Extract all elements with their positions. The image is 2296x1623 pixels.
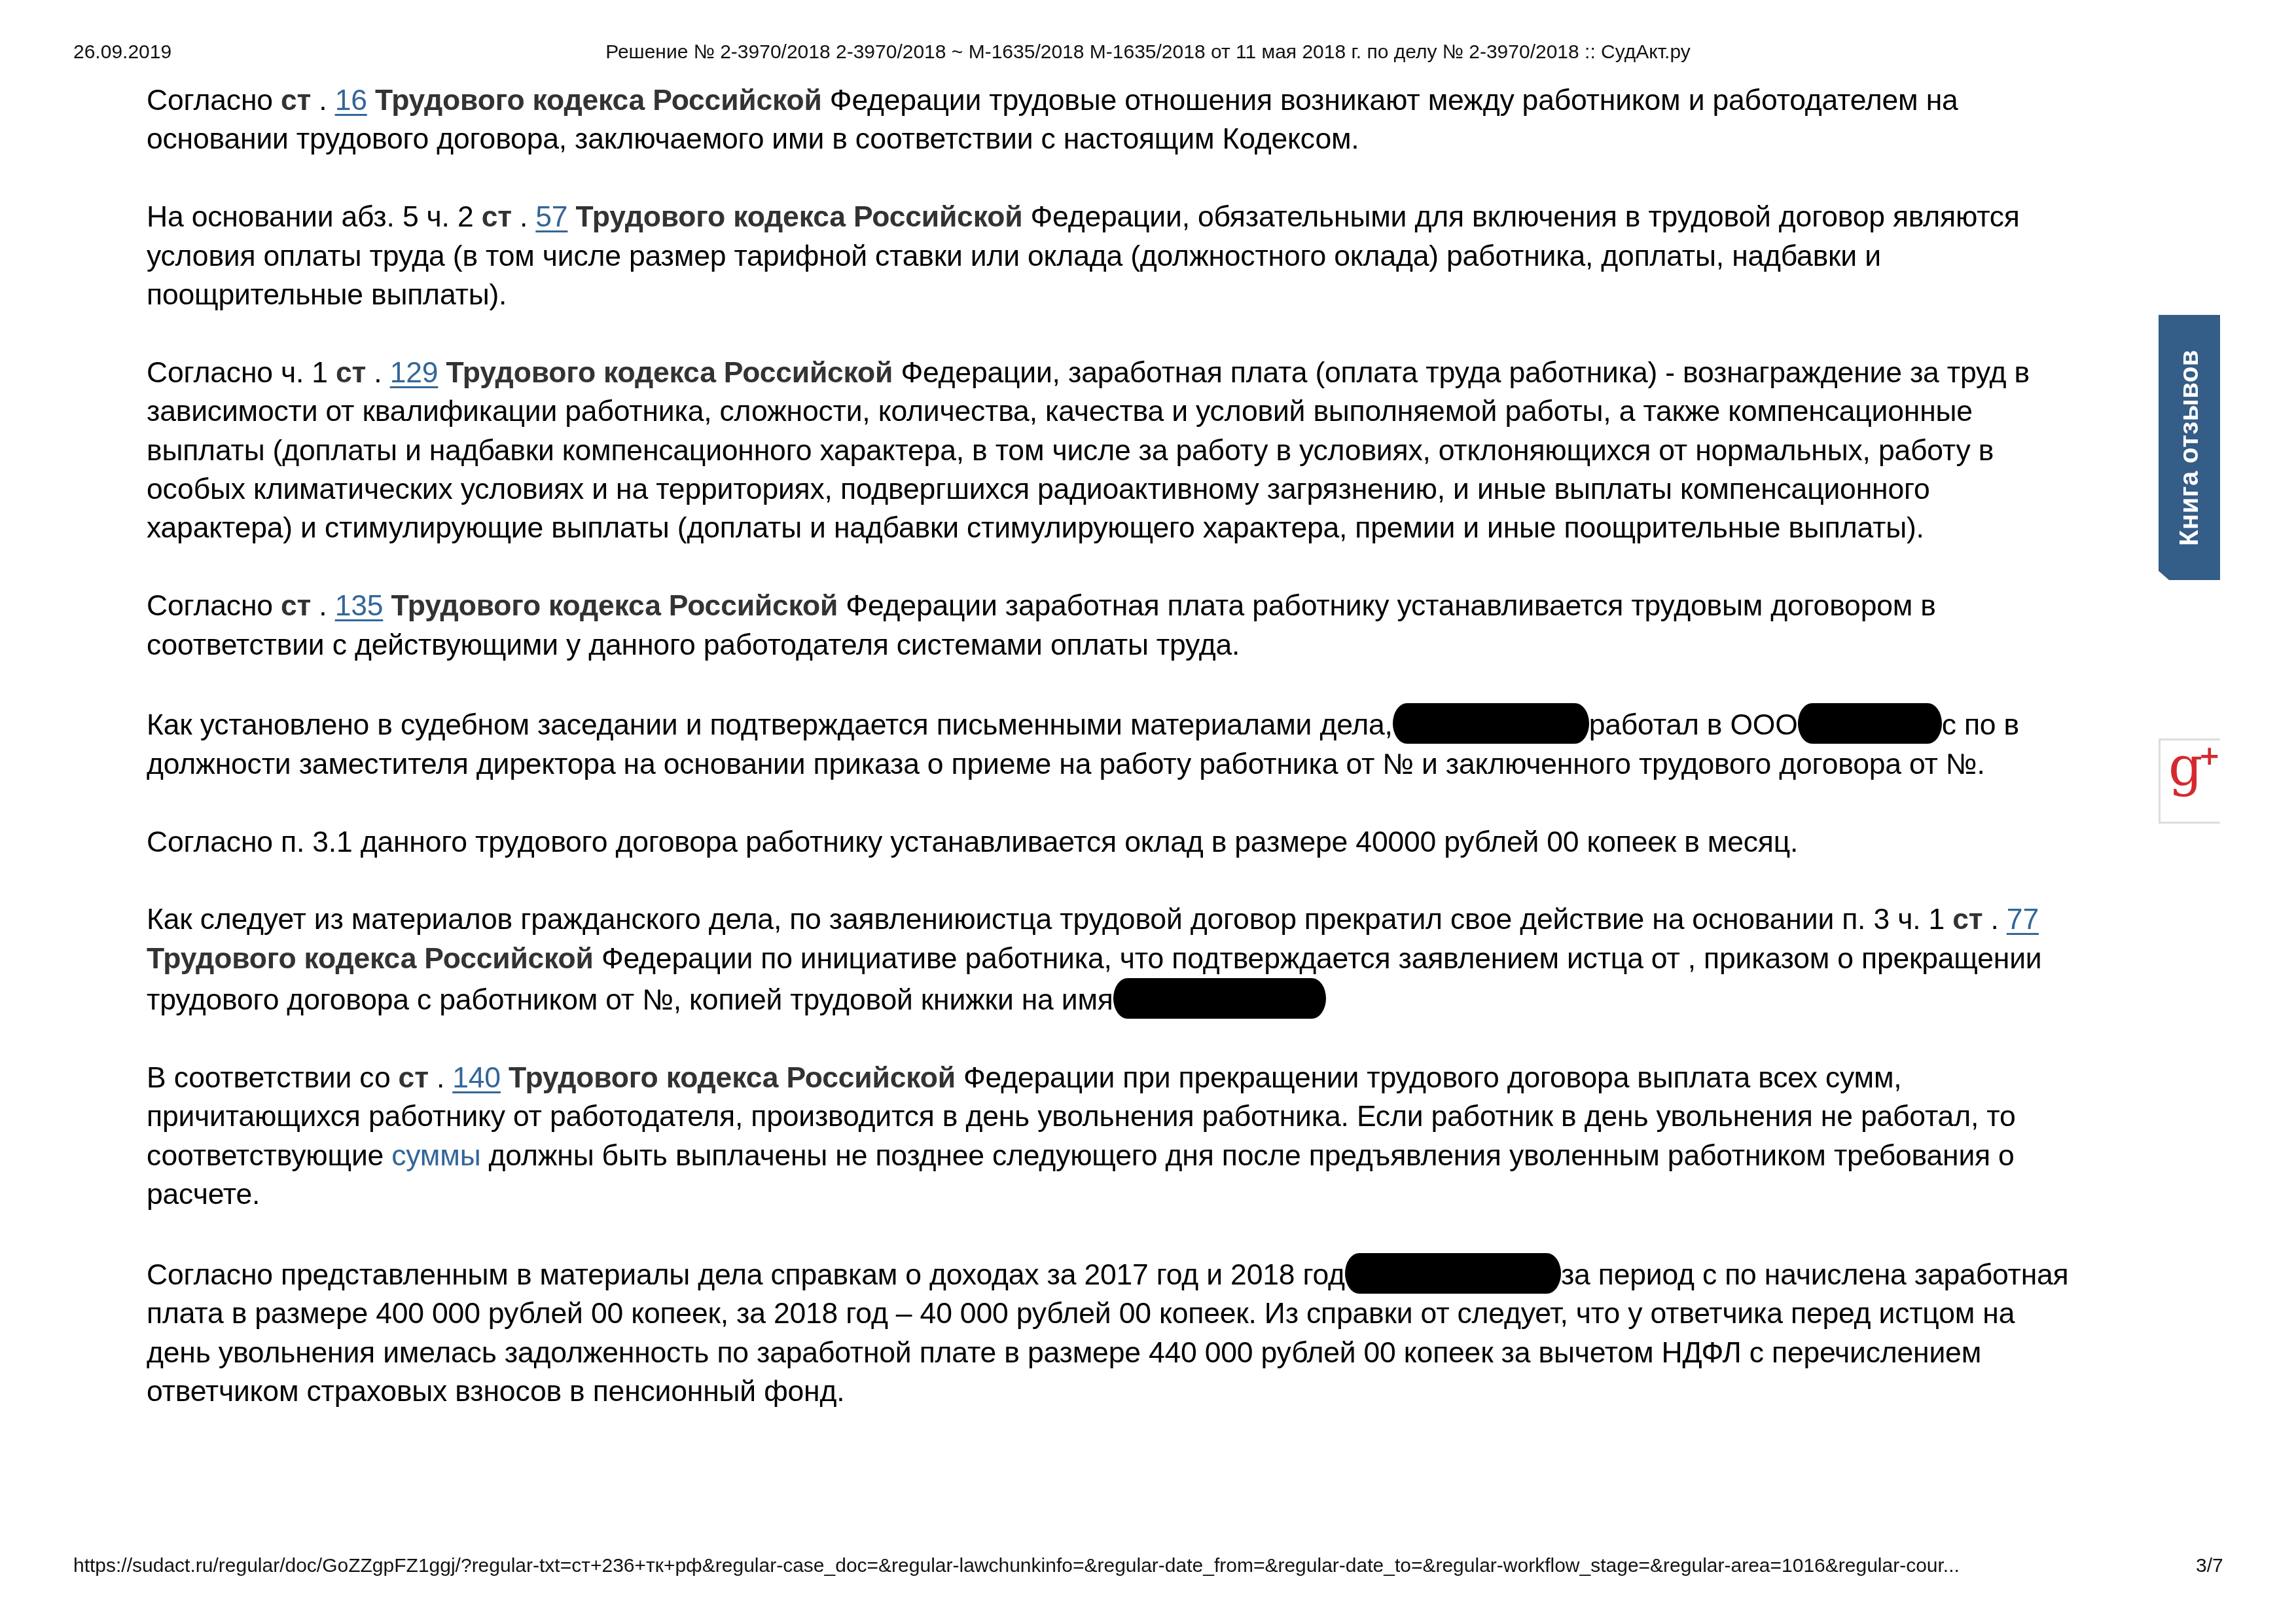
code-name: Трудового кодекса Российской (147, 943, 594, 975)
paragraph-article-16: Согласно ст . 16 Трудового кодекса Росси… (147, 81, 2077, 159)
text: . (512, 201, 536, 233)
redacted-name (1113, 978, 1326, 1019)
text: Согласно (147, 84, 281, 117)
paragraph-income-certificates: Согласно представленным в материалы дела… (147, 1253, 2077, 1412)
article-link-77[interactable]: 77 (2007, 903, 2039, 936)
paragraph-employment-facts: Как установлено в судебном заседании и п… (147, 703, 2077, 784)
feedback-book-label: Книга отзывов (2175, 350, 2204, 546)
google-plus-button[interactable]: g + (2159, 739, 2220, 824)
text: Согласно ч. 1 (147, 357, 336, 389)
text: На основании абз. 5 ч. 2 (147, 201, 482, 233)
article-abbr: ст (281, 84, 311, 117)
redacted-name (1393, 703, 1589, 744)
text: . (429, 1062, 453, 1094)
print-footer: https://sudact.ru/regular/doc/GoZZgpFZ1g… (0, 1552, 2296, 1580)
text: . (311, 84, 335, 117)
text: Как следует из материалов гражданского д… (147, 903, 1952, 936)
paragraph-article-135: Согласно ст . 135 Трудового кодекса Росс… (147, 587, 2077, 665)
article-abbr: ст (399, 1062, 429, 1094)
article-link-135[interactable]: 135 (335, 590, 384, 622)
paragraph-article-77: Как следует из материалов гражданского д… (147, 900, 2077, 1019)
article-abbr: ст (1952, 903, 1982, 936)
page-url: https://sudact.ru/regular/doc/GoZZgpFZ1g… (73, 1552, 2174, 1580)
paragraph-salary-clause: Согласно п. 3.1 данного трудового догово… (147, 823, 2077, 862)
plus-icon: + (2198, 743, 2221, 769)
text: . (366, 357, 390, 389)
article-link-129[interactable]: 129 (390, 357, 439, 389)
code-name: Трудового кодекса Российской (391, 590, 838, 622)
text: Согласно (147, 590, 281, 622)
sums-link[interactable]: суммы (391, 1140, 480, 1172)
paragraph-article-140: В соответствии со ст . 140 Трудового код… (147, 1059, 2077, 1214)
article-link-140[interactable]: 140 (452, 1062, 501, 1094)
code-name: Трудового кодекса Российской (375, 84, 822, 117)
page-number: 3/7 (2196, 1552, 2223, 1580)
print-header: 26.09.2019 Решение № 2-3970/2018 2-3970/… (0, 38, 2296, 67)
code-name: Трудового кодекса Российской (576, 201, 1023, 233)
code-name: Трудового кодекса Российской (446, 357, 893, 389)
code-name: Трудового кодекса Российской (509, 1062, 956, 1094)
redacted-company (1798, 703, 1942, 744)
redacted-name (1345, 1253, 1561, 1294)
article-abbr: ст (336, 357, 366, 389)
page-title: Решение № 2-3970/2018 2-3970/2018 ~ М-16… (0, 38, 2296, 67)
text: Как установлено в судебном заседании и п… (147, 709, 1393, 741)
paragraph-article-57: На основании абз. 5 ч. 2 ст . 57 Трудово… (147, 198, 2077, 314)
text: В соответствии со (147, 1062, 399, 1094)
document-body: Согласно ст . 16 Трудового кодекса Росси… (147, 81, 2077, 1450)
article-link-16[interactable]: 16 (335, 84, 367, 117)
feedback-book-tab[interactable]: Книга отзывов (2159, 315, 2220, 580)
text: . (1982, 903, 2007, 936)
google-plus-icon: g (2168, 740, 2203, 794)
article-abbr: ст (482, 201, 512, 233)
article-abbr: ст (281, 590, 311, 622)
article-link-57[interactable]: 57 (535, 201, 567, 233)
paragraph-article-129: Согласно ч. 1 ст . 129 Трудового кодекса… (147, 354, 2077, 548)
text: Согласно п. 3.1 данного трудового догово… (147, 826, 1798, 858)
text: Согласно представленным в материалы дела… (147, 1259, 1345, 1291)
text: работал в ООО (1589, 709, 1798, 741)
text: . (311, 590, 335, 622)
